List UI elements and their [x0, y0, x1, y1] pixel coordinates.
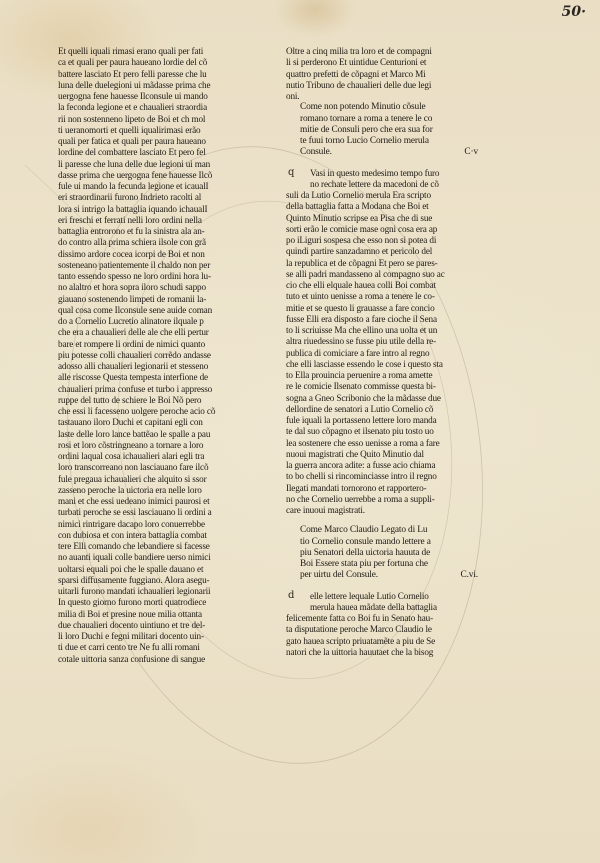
text-line: lora si intrigo la battaglia iquando ich…: [58, 204, 264, 215]
text-line: turbati peroche se essi lasciauano li or…: [58, 507, 264, 518]
text-line: te dal suo cõpagno et ilsenato piu tosto…: [286, 426, 492, 437]
chapter-5-body: q Vasi in questo medesimo tempo furo no …: [286, 168, 492, 517]
text-line: ta disputatione peroche Marco Claudio le: [286, 624, 492, 635]
text-line: la guerra ancora adite: a fusse acio chi…: [286, 460, 492, 471]
text-line: Et quelli iquali rimasi erano quali per …: [58, 46, 264, 57]
chapter-label: C·v: [464, 147, 478, 158]
text-line: cio che elli elquale hauea colli Boi com…: [286, 280, 492, 291]
folio-number: 50·: [562, 4, 586, 20]
text-line: battaglia entrorono et fu la sinistra al…: [58, 226, 264, 237]
text-line: fule pregaua ichaualieri che alquito si …: [58, 474, 264, 485]
text-line: bare et rompere li ordini de nimici quan…: [58, 339, 264, 350]
text-line: sparsi diffusamente fuggiano. Alora aseg…: [58, 575, 264, 586]
text-line: natori che la uittoria hauutaet che la b…: [286, 647, 492, 658]
text-line: piu potesse colli chaualieri corrẽdo and…: [58, 350, 264, 361]
text-line: re le comicie Ilsenato commisse questa b…: [286, 381, 492, 392]
text-line: sogna a Gneo Scribonio che la mãdasse du…: [286, 393, 492, 404]
text-line: merula hauea mãdate della battaglia: [286, 602, 492, 613]
text-line: li loro Duchi e fegni militari docento u…: [58, 631, 264, 642]
text-line: adosso alli chaualieri legionarii et ste…: [58, 361, 264, 372]
text-line: sorti erão le comicie mase ogni cosa era…: [286, 224, 492, 235]
text-line: dasse prima che uergogna fene hauesse Il…: [58, 170, 264, 181]
text-line: laste delle loro lance battẽao le spalle…: [58, 429, 264, 440]
text-line: lordine del combattere lasciato Et pero …: [58, 147, 264, 158]
heading-line: piu Senatori della uictoria hauuta de: [286, 548, 492, 559]
text-line: eri freschi et ferrati nelli loro ordini…: [58, 215, 264, 226]
text-line: to bo chelli si rincominciasse intro il …: [286, 471, 492, 482]
text-line: no che Cornelio uerrebbe a roma a suppli…: [286, 494, 492, 505]
heading-line: Boi Essere stata piu per fortuna che: [286, 559, 492, 570]
text-line: dellordine de senatori a Lutio Cornelio …: [286, 404, 492, 415]
text-line: ca et quali per paura haueano lordie del…: [58, 57, 264, 68]
text-line: uoltarsi equali poi che le spalle dauano…: [58, 564, 264, 575]
text-line: do a Cornelio Lucretio alinatore ilquale…: [58, 316, 264, 327]
spacer: [286, 582, 492, 591]
text-line: della battaglia fatta a Modana che Boi e…: [286, 201, 492, 212]
text-line: che elli lasciasse essendo le cose i que…: [286, 359, 492, 370]
spacer: [286, 159, 492, 168]
left-text-column: Et quelli iquali rimasi erano quali per …: [58, 46, 264, 665]
heading-line: romano tornare a roma a tenere le co: [286, 114, 492, 125]
right-text-column: Oltre a cinq milia tra loro et de compag…: [286, 46, 492, 658]
heading-final-row: per uirtu del Consule. C.vi.: [286, 570, 492, 581]
text-line: to Ella prouincia peruenire a roma amett…: [286, 370, 492, 381]
text-line: fule iquali la portasseno lettere loro m…: [286, 415, 492, 426]
text-line: no rechate lettere da macedoni de cõ: [286, 179, 492, 190]
text-line: no alaltro et hora sopra iloro schudi sa…: [58, 282, 264, 293]
text-line: do contro alla prima schiera ilsole con …: [58, 237, 264, 248]
heading-line: tio Cornelio consule mando lettere a: [286, 537, 492, 548]
text-line: nuoui magistrati che Quito Minutio dal: [286, 449, 492, 460]
heading-line: mitie de Consuli pero che era sua for: [286, 125, 492, 136]
text-line: altra riuedessino se fusse piu utile del…: [286, 336, 492, 347]
initial-guide-letter: d: [288, 590, 294, 601]
text-line: la republica et de cõpagni Et pero se pa…: [286, 258, 492, 269]
text-line: In questo giorno furono morti quatrodiec…: [58, 597, 264, 608]
text-line: quali per fatica et quali per paura haue…: [58, 136, 264, 147]
text-line: ti due et carri cento tre Ne fu alli rom…: [58, 642, 264, 653]
text-line: mitie et se questo li grauasse a fare co…: [286, 303, 492, 314]
text-line: li paresse che luna delle due legioni ui…: [58, 159, 264, 170]
initial-guide-letter: q: [288, 167, 294, 178]
text-line: uergogna fene hauesse Ilconsule ui mando: [58, 91, 264, 102]
text-line: ruppe del tutto de schiere le Boi Nõ per…: [58, 395, 264, 406]
text-line: oni.: [286, 91, 492, 102]
chapter-6-heading: Come Marco Claudio Legato di Lu tio Corn…: [286, 525, 492, 581]
text-line: luna delle duelegioni ui mãdasse prima c…: [58, 80, 264, 91]
text-line: rosi et loro cõstringneano a tornare a l…: [58, 440, 264, 451]
text-line: nimici rintrigare dacapo loro conuerrebb…: [58, 519, 264, 530]
chapter-label: C.vi.: [461, 570, 478, 581]
text-line: cotale uittoria sanza confusione di sang…: [58, 654, 264, 665]
text-line: elle lettere lequale Lutio Cornelio: [286, 591, 492, 602]
chapter-6-body: d elle lettere lequale Lutio Cornelio me…: [286, 591, 492, 659]
text-line: fule ui mando la fecunda legione et icau…: [58, 181, 264, 192]
text-line: giauano sostenendo limpeti de romanii la…: [58, 294, 264, 305]
text-line: sosteneano patientemente il chaldo non p…: [58, 260, 264, 271]
text-line: publica di comiciare a fare intro al reg…: [286, 348, 492, 359]
text-line: nutio Tribuno de chaualieri delle due le…: [286, 80, 492, 91]
text-line: con dubiosa et con intera battaglia comb…: [58, 530, 264, 541]
text-line: se alli padri mandasseno al compagno suo…: [286, 269, 492, 280]
text-line: tastauano iloro Duchi et capitani egli c…: [58, 417, 264, 428]
heading-line: per uirtu del Consule.: [300, 570, 378, 581]
text-line: tere Elli comando che lebandiere si face…: [58, 541, 264, 552]
text-line: dissimo ardore cocea icorpi de Boi et no…: [58, 249, 264, 260]
text-line: mani et che essi uedeano inimici paurosi…: [58, 496, 264, 507]
text-line: ti ueranomorti et quelli iqualirimasi er…: [58, 125, 264, 136]
text-line: Vasi in questo medesimo tempo furo: [286, 168, 492, 179]
heading-line: Consule.: [300, 147, 332, 158]
text-line: ordini laqual cosa ichaualieri alari egl…: [58, 451, 264, 462]
text-line: loro transcorreano non lasciauano fare i…: [58, 462, 264, 473]
text-line: quattro prefetti de cõpagni et Marco Mi: [286, 69, 492, 80]
chapter-5-heading: Come non potendo Minutio cõsule romano t…: [286, 102, 492, 158]
text-line: felicemente fatta co Boi fu in Senato ha…: [286, 613, 492, 624]
text-line: li si perderono Et uintidue Centurioni e…: [286, 57, 492, 68]
text-line: no auanti iquali colle bandiere uerso ni…: [58, 552, 264, 563]
text-line: uitarli furono mandati ichaualieri legio…: [58, 586, 264, 597]
spacer: [286, 516, 492, 525]
text-line: po iLiguri sospesa che esso non si potea…: [286, 235, 492, 246]
text-line: che era a chaualieri delle ale che elli …: [58, 327, 264, 338]
heading-line: te fuui torno Lucio Cornelio merula: [286, 136, 492, 147]
heading-line: Come non potendo Minutio cõsule: [286, 102, 492, 113]
text-line: gato hauea scripto priuatamẽte a piu de …: [286, 636, 492, 647]
text-line: battere lasciato Et pero felli paresse c…: [58, 69, 264, 80]
heading-line: Come Marco Claudio Legato di Lu: [286, 525, 492, 536]
text-line: chaualieri prima confuse et turbo i appr…: [58, 384, 264, 395]
text-line: zasseno peroche la uictoria era nelle lo…: [58, 485, 264, 496]
text-line: fusse Elli era disposto a fare cioche il…: [286, 314, 492, 325]
text-line: suli da Lutio Cornelio merula Era script…: [286, 190, 492, 201]
text-line: Ilegati mandati tornorono et rapportero-: [286, 483, 492, 494]
text-line: to li scriuisse Ma che ellino una uolta …: [286, 325, 492, 336]
text-line: Oltre a cinq milia tra loro et de compag…: [286, 46, 492, 57]
text-line: che essi li facesseno uolgere peroche ac…: [58, 406, 264, 417]
text-line: tanto essendo spesso ne loro ordini hora…: [58, 271, 264, 282]
heading-final-row: Consule. C·v: [286, 147, 492, 158]
text-line: due chaualieri docento uintiuno et tre d…: [58, 620, 264, 631]
text-line: qual cosa come Ilconsule sene auide coma…: [58, 305, 264, 316]
text-line: alle riscosse Questa tempesta interfione…: [58, 372, 264, 383]
text-line: lea sostenere che esso uenisse a roma a …: [286, 438, 492, 449]
text-line: quindi partire sanzadamno et pericolo de…: [286, 246, 492, 257]
text-line: eri straordinarii furono Indrieto racolt…: [58, 192, 264, 203]
text-line: tuto et uinto uenisse a roma a tenere le…: [286, 291, 492, 302]
text-line: care inuoui magistrati.: [286, 505, 492, 516]
text-line: Quinto Minutio scripse ea Pisa che di su…: [286, 213, 492, 224]
text-line: la feconda legione et e chaualieri strao…: [58, 102, 264, 113]
text-line: rii non sostenneno lipeto de Boi et ch m…: [58, 114, 264, 125]
text-line: milia di Boi et presine noue milia ottan…: [58, 609, 264, 620]
